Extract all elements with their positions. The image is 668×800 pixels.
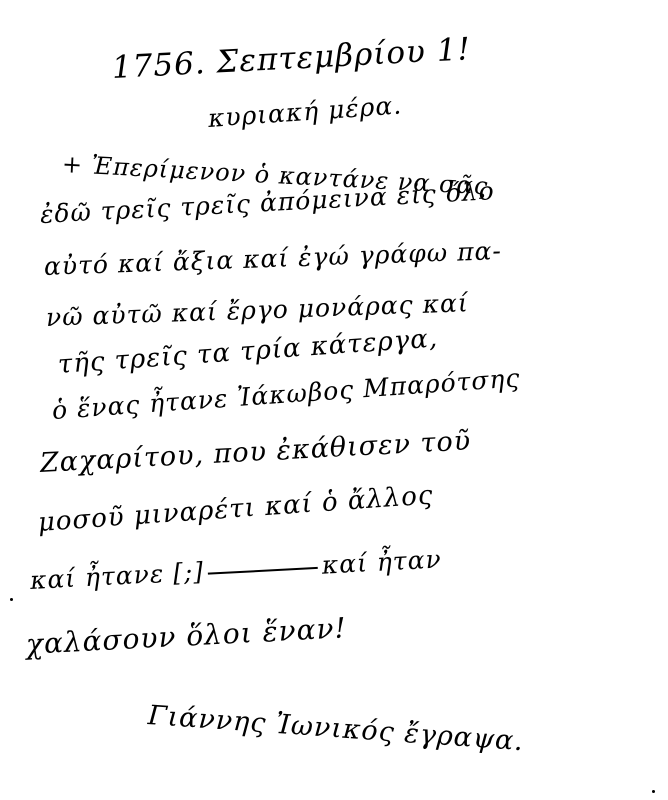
signature-line: Γιάννης Ἰωνικός ἔγραψα. xyxy=(147,700,525,757)
ink-speck xyxy=(652,790,655,793)
text-line-8: μοσοῦ μιναρέτι καί ὁ ἄλλος xyxy=(37,480,434,538)
text-line-9-end: καί ἦταν xyxy=(321,544,442,579)
manuscript-page: 1756. Σεπτεμβρίου 1! κυριακή μέρα. + Ἐπε… xyxy=(0,0,668,800)
text-line-3: αὐτό καί ἄξια καί ἐγώ γράφω πα- xyxy=(43,236,502,281)
heading-date-line: 1756. Σεπτεμβρίου 1! xyxy=(111,31,472,86)
long-dash xyxy=(208,566,318,574)
text-line-9: καί ἦτανε [;]καί ἦταν xyxy=(29,544,442,595)
text-line-5: τῆς τρεῖς τα τρία κάτεργα, xyxy=(57,323,439,379)
text-line-9-start: καί ἦτανε [;] xyxy=(29,557,204,595)
heading-day-line: κυριακή μέρα. xyxy=(207,90,403,132)
text-line-7: Ζαχαρίτου, που ἐκάθισεν τοῦ xyxy=(39,425,472,479)
ink-speck xyxy=(10,598,13,601)
text-line-10: χαλάσουν ὅλοι ἕναν! xyxy=(25,611,347,661)
